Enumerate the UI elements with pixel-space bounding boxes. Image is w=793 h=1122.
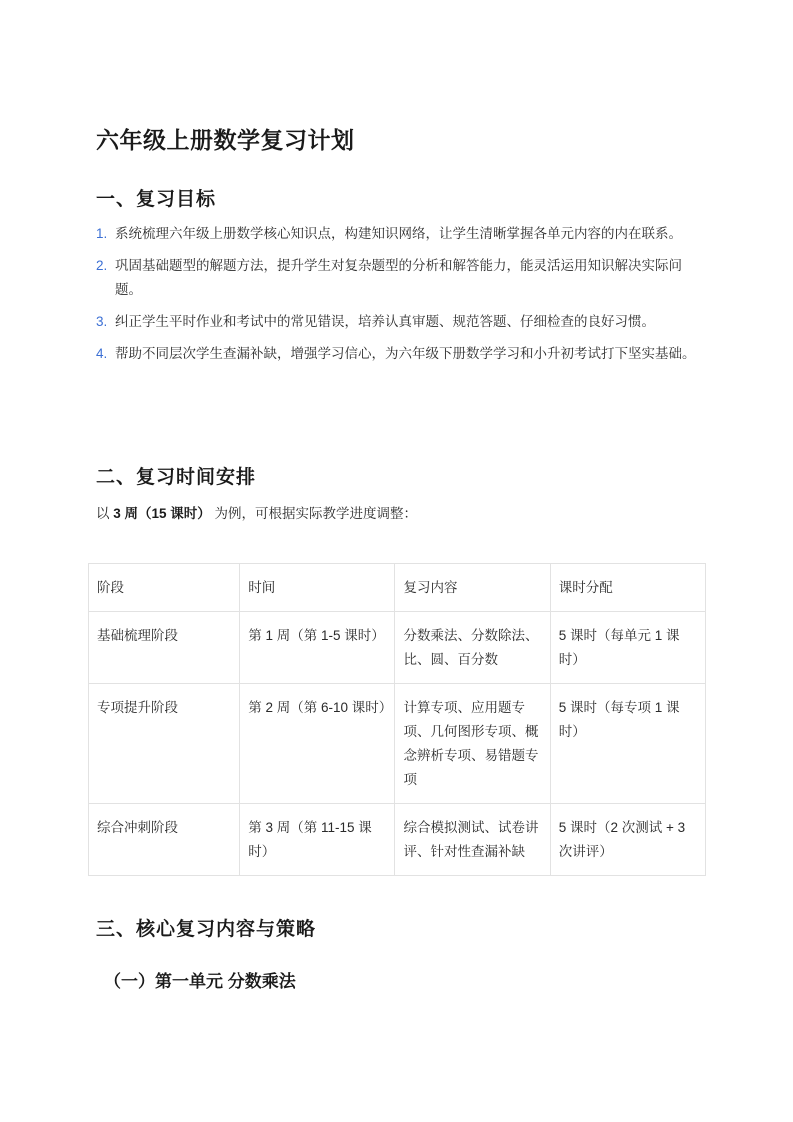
table-row: 综合冲刺阶段 第 3 周（第 11-15 课时） 综合模拟测试、试卷讲评、针对性… — [89, 804, 706, 876]
intro-prefix: 以 — [96, 506, 113, 521]
table-cell: 第 1 周（第 1-5 课时） — [240, 612, 395, 684]
column-header: 阶段 — [89, 564, 240, 612]
table-cell: 第 2 周（第 6-10 课时） — [240, 684, 395, 804]
table-row: 基础梳理阶段 第 1 周（第 1-5 课时） 分数乘法、分数除法、比、圆、百分数… — [89, 612, 706, 684]
list-number: 4. — [96, 342, 107, 366]
goals-list: 1. 系统梳理六年级上册数学核心知识点，构建知识网络，让学生清晰掌握各单元内容的… — [96, 222, 696, 374]
table-cell: 综合模拟测试、试卷讲评、针对性查漏补缺 — [395, 804, 550, 876]
list-item-text: 帮助不同层次学生查漏补缺，增强学习信心，为六年级下册数学学习和小升初考试打下坚实… — [115, 346, 696, 361]
table-row: 专项提升阶段 第 2 周（第 6-10 课时） 计算专项、应用题专项、几何图形专… — [89, 684, 706, 804]
table-header-row: 阶段 时间 复习内容 课时分配 — [89, 564, 706, 612]
section-heading-schedule: 二、复习时间安排 — [96, 462, 256, 489]
intro-emphasis: 3 周（15 课时） — [113, 506, 211, 521]
list-number: 2. — [96, 254, 107, 278]
column-header: 时间 — [240, 564, 395, 612]
list-item: 1. 系统梳理六年级上册数学核心知识点，构建知识网络，让学生清晰掌握各单元内容的… — [96, 222, 696, 246]
list-item-text: 纠正学生平时作业和考试中的常见错误，培养认真审题、规范答题、仔细检查的良好习惯。 — [115, 314, 655, 329]
table-cell: 5 课时（每专项 1 课时） — [550, 684, 705, 804]
document-title: 六年级上册数学复习计划 — [96, 122, 355, 155]
column-header: 课时分配 — [550, 564, 705, 612]
list-number: 1. — [96, 222, 107, 246]
section-heading-core: 三、核心复习内容与策略 — [96, 914, 316, 941]
table-cell: 综合冲刺阶段 — [89, 804, 240, 876]
section-heading-goals: 一、复习目标 — [96, 184, 216, 211]
schedule-table: 阶段 时间 复习内容 课时分配 基础梳理阶段 第 1 周（第 1-5 课时） 分… — [88, 563, 706, 876]
list-number: 3. — [96, 310, 107, 334]
table-cell: 5 课时（每单元 1 课时） — [550, 612, 705, 684]
table-cell: 第 3 周（第 11-15 课时） — [240, 804, 395, 876]
intro-suffix: 为例，可根据实际教学进度调整： — [211, 506, 417, 521]
list-item: 2. 巩固基础题型的解题方法，提升学生对复杂题型的分析和解答能力，能灵活运用知识… — [96, 254, 696, 302]
table-cell: 计算专项、应用题专项、几何图形专项、概念辨析专项、易错题专项 — [395, 684, 550, 804]
list-item-text: 系统梳理六年级上册数学核心知识点，构建知识网络，让学生清晰掌握各单元内容的内在联… — [115, 226, 682, 241]
table-cell: 基础梳理阶段 — [89, 612, 240, 684]
list-item: 3. 纠正学生平时作业和考试中的常见错误，培养认真审题、规范答题、仔细检查的良好… — [96, 310, 696, 334]
table-cell: 分数乘法、分数除法、比、圆、百分数 — [395, 612, 550, 684]
table-cell: 专项提升阶段 — [89, 684, 240, 804]
table-cell: 5 课时（2 次测试 + 3 次讲评） — [550, 804, 705, 876]
list-item: 4. 帮助不同层次学生查漏补缺，增强学习信心，为六年级下册数学学习和小升初考试打… — [96, 342, 696, 366]
subsection-heading: （一）第一单元 分数乘法 — [104, 967, 296, 992]
schedule-intro: 以 3 周（15 课时） 为例，可根据实际教学进度调整： — [96, 502, 417, 522]
column-header: 复习内容 — [395, 564, 550, 612]
list-item-text: 巩固基础题型的解题方法，提升学生对复杂题型的分析和解答能力，能灵活运用知识解决实… — [115, 258, 682, 297]
